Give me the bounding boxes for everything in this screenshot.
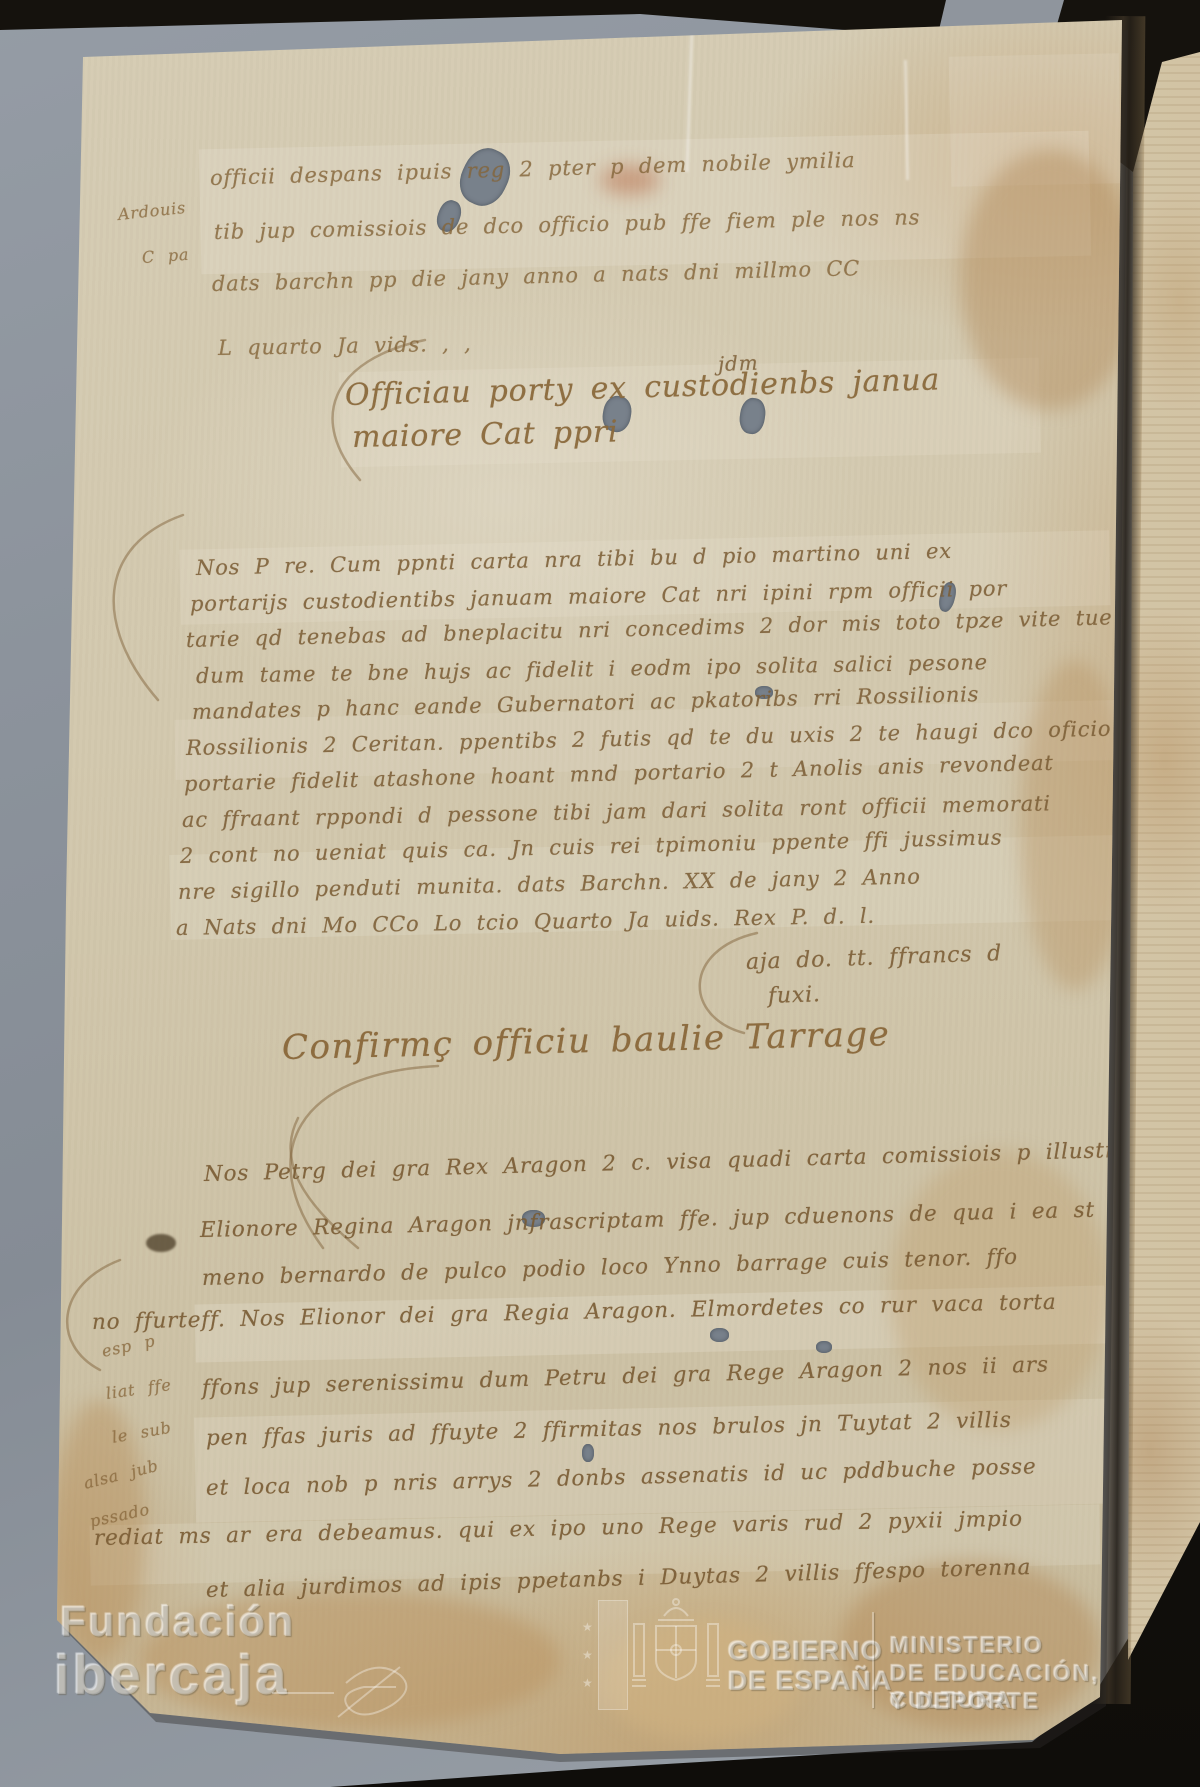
ibercaja-logo-swash-icon: [268, 1645, 408, 1730]
spain-coat-of-arms-icon: [628, 1594, 724, 1716]
manuscript-photo: officii despans ipuis reg 2 pter p dem n…: [0, 0, 1200, 1787]
star-icon: ★: [582, 1676, 593, 1690]
watermark-ministerio-text: Y DEPORTE: [890, 1688, 1041, 1715]
star-icon: ★: [582, 1648, 593, 1662]
watermark-ibercaja-text: ibercaja: [54, 1642, 290, 1707]
watermark-divider: [872, 1612, 874, 1708]
watermark-gobierno-text: DE ESPAÑA: [728, 1666, 893, 1697]
watermark-gobierno-text: GOBIERNO: [728, 1636, 883, 1667]
watermark-layer: Fundación ibercaja ★ ★ ★ GOBIERNO DE ESP…: [0, 0, 1200, 1787]
watermark-fundacion-text: Fundación: [60, 1598, 295, 1647]
star-icon: ★: [582, 1620, 593, 1634]
spain-flag-bar-icon: [598, 1600, 628, 1710]
watermark-ministerio-text: MINISTERIO: [890, 1632, 1044, 1659]
